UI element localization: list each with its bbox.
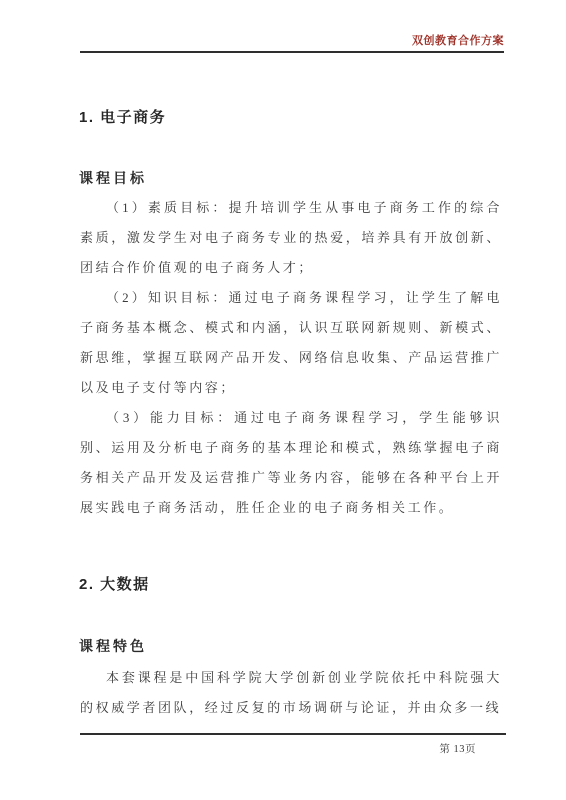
page-number: 第 13页 — [439, 743, 476, 756]
paragraph-knowledge-objective: （2）知识目标：通过电子商务课程学习，让学生了解电子商务基本概念、模式和内涵，认… — [80, 283, 502, 403]
paragraph-quality-objective: （1）素质目标：提升培训学生从事电子商务工作的综合素质，激发学生对电子商务专业的… — [80, 193, 502, 283]
paragraph-ability-objective: （3）能力目标：通过电子商务课程学习，学生能够识别、运用及分析电子商务的基本理论… — [80, 403, 502, 523]
page-header: 双创教育合作方案 — [80, 31, 504, 53]
section-heading-bigdata: 2. 大数据 — [79, 575, 150, 595]
subheading-course-features: 课程特色 — [79, 637, 147, 656]
page-footer: 第 13页 — [80, 733, 506, 757]
subheading-course-objectives: 课程目标 — [79, 169, 147, 188]
section-body-bigdata: 本套课程是中国科学院大学创新创业学院依托中科院强大的权威学者团队，经过反复的市场… — [80, 663, 502, 723]
paragraph-course-features: 本套课程是中国科学院大学创新创业学院依托中科院强大的权威学者团队，经过反复的市场… — [80, 663, 502, 723]
section-body-ecommerce: （1）素质目标：提升培训学生从事电子商务工作的综合素质，激发学生对电子商务专业的… — [80, 193, 502, 523]
section-heading-ecommerce: 1. 电子商务 — [79, 108, 166, 128]
header-title: 双创教育合作方案 — [412, 34, 504, 48]
document-page: 双创教育合作方案 1. 电子商务 课程目标 （1）素质目标：提升培训学生从事电子… — [0, 0, 566, 800]
